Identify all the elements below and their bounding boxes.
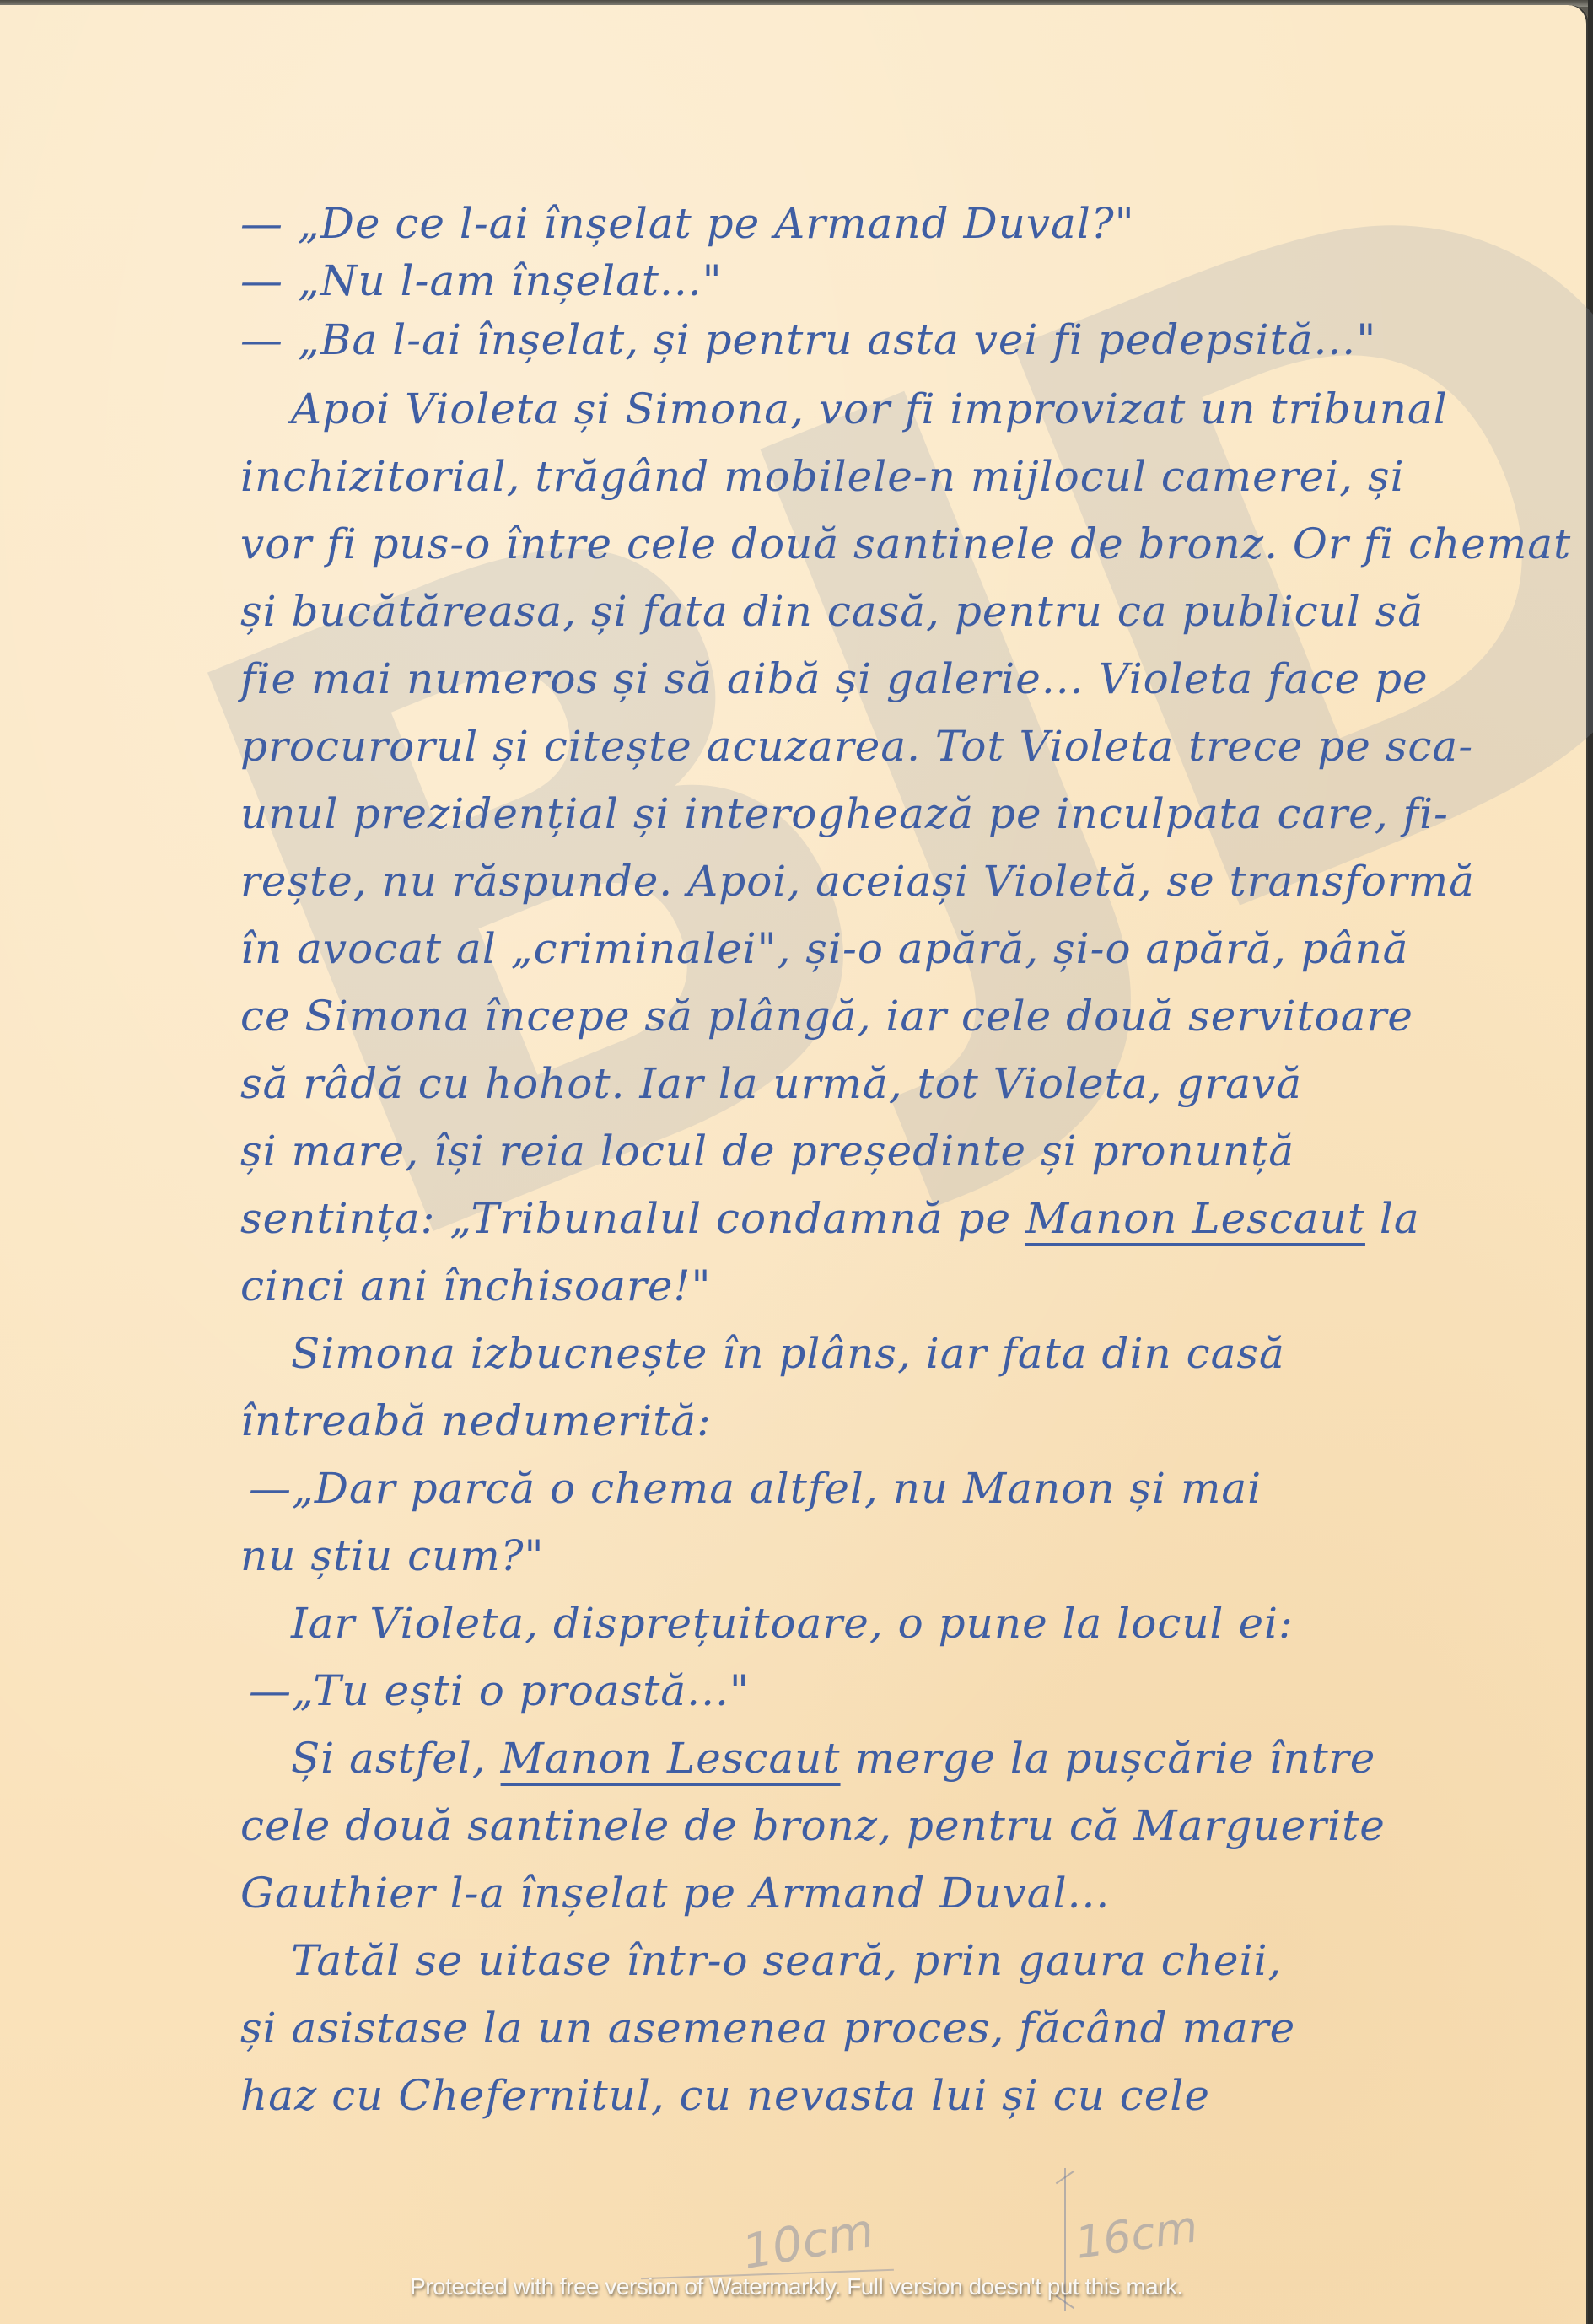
line-text: ce Simona începe să plângă, iar cele dou…	[240, 992, 1413, 1041]
line-text: Gauthier l-a înșelat pe Armand Duval...	[240, 1869, 1110, 1918]
manuscript-line: Tatăl se uitase într-o seară, prin gaura…	[291, 1936, 1282, 1985]
underlined-title: Manon Lescaut	[501, 1734, 841, 1783]
manuscript-line: și asistase la un asemenea proces, făcân…	[240, 2004, 1295, 2052]
line-text: în avocat al „criminalei", și-o apără, ș…	[240, 924, 1408, 973]
line-text: — „De ce l-ai înșelat pe Armand Duval?"	[240, 199, 1135, 248]
line-text: sentința: „Tribunalul condamnă pe	[240, 1194, 1025, 1243]
line-text: întreabă nedumerită:	[240, 1396, 712, 1445]
line-text: fie mai numeros și să aibă și galerie...…	[240, 654, 1429, 703]
line-text: să râdă cu hohot. Iar la urmă, tot Viole…	[240, 1059, 1302, 1108]
line-text: cele două santinele de bronz, pentru că …	[240, 1801, 1386, 1850]
line-text: Simona izbucnește în plâns, iar fata din…	[291, 1329, 1285, 1378]
line-text-tail: la	[1365, 1194, 1420, 1243]
manuscript-line: — „Ba l-ai înșelat, și pentru asta vei f…	[240, 315, 1376, 364]
underlined-title: Manon Lescaut	[1025, 1194, 1365, 1243]
line-text-tail: merge la pușcărie între	[841, 1734, 1376, 1783]
manuscript-line: nu știu cum?"	[240, 1531, 545, 1580]
manuscript-line: în avocat al „criminalei", și-o apără, ș…	[240, 924, 1408, 973]
manuscript-line: — „De ce l-ai înșelat pe Armand Duval?"	[240, 199, 1135, 248]
manuscript-line: Simona izbucnește în plâns, iar fata din…	[291, 1329, 1285, 1378]
line-text: Apoi Violeta și Simona, vor fi improviza…	[291, 385, 1448, 433]
manuscript-line: și mare, își reia locul de președinte și…	[240, 1127, 1294, 1175]
pencil-note-height: 16cm	[1073, 2202, 1201, 2269]
line-text: —„Tu ești o proastă..."	[249, 1666, 750, 1715]
manuscript-line: sentința: „Tribunalul condamnă pe Manon …	[240, 1194, 1420, 1243]
line-text: Și astfel,	[291, 1734, 501, 1783]
manuscript-line: —„Dar parcă o chema altfel, nu Manon și …	[249, 1464, 1262, 1513]
manuscript-line: Apoi Violeta și Simona, vor fi improviza…	[291, 385, 1448, 433]
line-text: rește, nu răspunde. Apoi, aceiași Violet…	[240, 857, 1475, 906]
line-text: Tatăl se uitase într-o seară, prin gaura…	[291, 1936, 1282, 1985]
manuscript-line: inchizitorial, trăgând mobilele-n mijloc…	[240, 452, 1405, 501]
line-text: Iar Violeta, disprețuitoare, o pune la l…	[291, 1599, 1294, 1648]
watermarkly-notice: Protected with free version of Watermark…	[0, 2273, 1593, 2300]
line-text: și bucătăreasa, și fata din casă, pentru…	[240, 587, 1423, 636]
manuscript-line: întreabă nedumerită:	[240, 1396, 712, 1445]
line-text: vor fi pus-o între cele două santinele d…	[240, 519, 1571, 568]
manuscript-line: Iar Violeta, disprețuitoare, o pune la l…	[291, 1599, 1294, 1648]
line-text: cinci ani închisoare!"	[240, 1262, 712, 1310]
manuscript-page: BJDB — „De ce l-ai înșelat pe Armand Duv…	[0, 5, 1589, 2324]
manuscript-line: fie mai numeros și să aibă și galerie...…	[240, 654, 1429, 703]
line-text: inchizitorial, trăgând mobilele-n mijloc…	[240, 452, 1405, 501]
manuscript-line: — „Nu l-am înșelat..."	[240, 256, 723, 305]
manuscript-line: cinci ani închisoare!"	[240, 1262, 712, 1310]
manuscript-line: haz cu Chefernitul, cu nevasta lui și cu…	[240, 2071, 1210, 2120]
line-text: unul prezidențial și interoghează pe inc…	[240, 789, 1449, 838]
manuscript-line: cele două santinele de bronz, pentru că …	[240, 1801, 1386, 1850]
line-text: —„Dar parcă o chema altfel, nu Manon și …	[249, 1464, 1262, 1513]
line-text: nu știu cum?"	[240, 1531, 545, 1580]
line-text: haz cu Chefernitul, cu nevasta lui și cu…	[240, 2071, 1210, 2120]
manuscript-line: și bucătăreasa, și fata din casă, pentru…	[240, 587, 1423, 636]
manuscript-line: să râdă cu hohot. Iar la urmă, tot Viole…	[240, 1059, 1302, 1108]
manuscript-line: rește, nu răspunde. Apoi, aceiași Violet…	[240, 857, 1475, 906]
manuscript-line: —„Tu ești o proastă..."	[249, 1666, 750, 1715]
line-text: procurorul și citește acuzarea. Tot Viol…	[240, 722, 1473, 771]
scan-right-edge	[1588, 0, 1593, 2324]
line-text: — „Ba l-ai înșelat, și pentru asta vei f…	[240, 315, 1376, 364]
line-text: — „Nu l-am înșelat..."	[240, 256, 723, 305]
manuscript-line: unul prezidențial și interoghează pe inc…	[240, 789, 1449, 838]
manuscript-line: Și astfel, Manon Lescaut merge la pușcăr…	[291, 1734, 1375, 1783]
manuscript-line: Gauthier l-a înșelat pe Armand Duval...	[240, 1869, 1110, 1918]
line-text: și asistase la un asemenea proces, făcân…	[240, 2004, 1295, 2052]
manuscript-line: vor fi pus-o între cele două santinele d…	[240, 519, 1571, 568]
manuscript-line: ce Simona începe să plângă, iar cele dou…	[240, 992, 1413, 1041]
manuscript-line: procurorul și citește acuzarea. Tot Viol…	[240, 722, 1473, 771]
pencil-note-width: 10cm	[739, 2203, 879, 2280]
line-text: și mare, își reia locul de președinte și…	[240, 1127, 1294, 1175]
